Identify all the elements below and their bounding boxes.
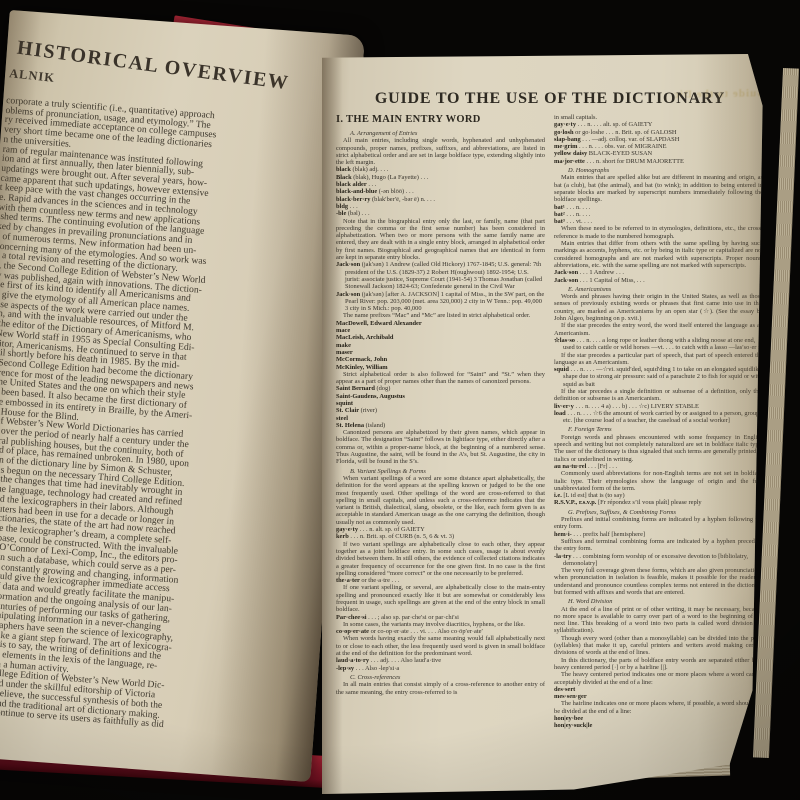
paragraph: The hairline indicates one or more place… — [554, 700, 763, 715]
dictionary-entry-line: Jack·son . . . 1 Andrew . . . — [554, 269, 763, 276]
paragraph: Commonly used abbreviations for non-Engl… — [554, 470, 763, 492]
paragraph: Note that in the biographical entry only… — [336, 218, 545, 262]
dictionary-entry-line: the·a·ter or the·a·tre . . . — [336, 577, 545, 584]
dictionary-entry-line: St. Helena (island) — [336, 422, 545, 429]
dictionary-entry-line: go·losh or go·loshe . . . n. Brit. sp. o… — [554, 129, 763, 136]
subsection-heading: D. Homographs — [554, 167, 763, 174]
right-page-content: GUIDE TO THE USE OF THE DICTIONARY I. TH… — [336, 62, 764, 756]
dictionary-entry-line: make — [336, 342, 545, 349]
paragraph: Main entries that are spelled alike but … — [554, 174, 763, 203]
dictionary-entry-line: bldg . . . — [336, 203, 545, 210]
dictionary-entry-line: des·sert — [554, 686, 763, 693]
paragraph: Foreign words and phrases encountered wi… — [554, 434, 763, 463]
paragraph: In this dictionary, the parts of boldfac… — [554, 657, 763, 672]
paragraph: Canonized persons are alphabetized by th… — [336, 429, 545, 465]
paragraph: When variant spellings of a word are som… — [336, 475, 545, 526]
dictionary-entry-line: slap-bang . . . —adj. colloq. var. of SL… — [554, 136, 763, 143]
dictionary-entry-line: black·ber·ry (blak′ber′ē, -bər ē) n. . .… — [336, 196, 545, 203]
paragraph: Strict alphabetical order is also follow… — [336, 371, 545, 386]
paragraph: All main entries, including single words… — [336, 137, 545, 166]
paragraph: In some cases, the variants may involve … — [336, 621, 545, 628]
dictionary-entry-line: black alder . . . — [336, 181, 545, 188]
dictionary-entry-line: hem·i- . . . prefix half [hemisphere] — [554, 531, 763, 538]
dictionary-entry-line: squint — [336, 400, 545, 407]
dictionary-entry-line: squid . . . n. . . . —☆vi. squid′ded, sq… — [554, 366, 763, 388]
subsection-heading: B. Variant Spellings & Forms — [336, 468, 545, 475]
paragraph: In all main entries that consist simply … — [336, 681, 545, 696]
dictionary-entry-line: kerb . . . n. Brit. sp. of CURB (n. 5, 6… — [336, 533, 545, 540]
paragraph: If two variant spellings are alphabetica… — [336, 541, 545, 577]
section-heading: I. THE MAIN ENTRY WORD — [336, 114, 545, 126]
dictionary-entry-line: -lep·sy . . . Also -lep′si·a — [336, 665, 545, 672]
paragraph: Suffixes and terminal combining forms ar… — [554, 538, 763, 553]
dictionary-entry-line: maser — [336, 349, 545, 356]
text-column-right: in small capitals.gay·e·ty . . . n. . . … — [554, 114, 763, 756]
dictionary-entry-line: MacDowell, Edward Alexander — [336, 320, 545, 327]
dictionary-entry-line: Saint-Gaudens, Augustus — [336, 393, 545, 400]
dictionary-entry-line: steel — [336, 415, 545, 422]
subsection-heading: A. Arrangement of Entries — [336, 130, 545, 137]
dictionary-entry-line: mace — [336, 327, 545, 334]
dictionary-entry-line: au na·tu·rel . . . [Fr] . . . — [554, 463, 763, 470]
paragraph: The very full coverage given these forms… — [554, 567, 763, 596]
dictionary-entry-line: gay·e·ty . . . n. alt. sp. of GAIETY — [336, 526, 545, 533]
text-columns: I. THE MAIN ENTRY WORDA. Arrangement of … — [336, 114, 764, 756]
subsection-heading: H. Word Division — [554, 598, 763, 605]
dictionary-entry-line: mes·sen·ger — [554, 693, 763, 700]
dictionary-entry-line: co·op·er·ate or co-op·er·ate . . . vi. .… — [336, 628, 545, 635]
dictionary-entry-line: bat¹ . . . n. . . . — [554, 204, 763, 211]
dictionary-entry-line: ☆las·so . . . n. . . . a long rope or le… — [554, 337, 763, 352]
dictionary-entry-line: Saint Bernard (dog) — [336, 385, 545, 392]
paragraph: At the end of a line of print or of othe… — [554, 606, 763, 635]
dictionary-entry-line: black (blak) adj. . . . — [336, 166, 545, 173]
dictionary-entry-line: load . . . n. . . . ☆6 the amount of wor… — [554, 410, 763, 425]
dictionary-entry-line: yellow daisy BLACK-EYED SUSAN — [554, 150, 763, 157]
paragraph: Prefixes and initial combining forms are… — [554, 516, 763, 531]
paragraph: in small capitals. — [554, 114, 763, 121]
dictionary-entry-line: hon|ey·suck|le — [554, 722, 763, 729]
text-column-left: I. THE MAIN ENTRY WORDA. Arrangement of … — [336, 114, 545, 756]
subsection-heading: C. Cross-references — [336, 674, 545, 681]
dictionary-entry-line: Jack·son (jak′sən) [after A. JACKSON] 1 … — [336, 291, 545, 313]
right-page: Guide to the Dic GUIDE TO THE USE OF THE… — [322, 54, 780, 794]
dictionary-entry-line: hon|ey·bee — [554, 715, 763, 722]
dictionary-entry-line: me·grim . . . n. . . . obs. var. of MIGR… — [554, 143, 763, 150]
dictionary-entry-line: bat² . . . n. . . . — [554, 211, 763, 218]
left-page: HISTORICAL OVERVIEW ALNIK corporate a tr… — [0, 10, 365, 782]
dictionary-entry-line: MacLeish, Archibald — [336, 334, 545, 341]
paragraph: When words having exactly the same meani… — [336, 635, 545, 657]
dictionary-entry-line: liv·er·y . . . n. . . . 4 a) . . . b) . … — [554, 403, 763, 410]
paragraph: If the star precedes the entry word, the… — [554, 322, 763, 337]
paragraph: The heavy centered period indicates one … — [554, 671, 763, 686]
dictionary-entry-line: McCormack, John — [336, 356, 545, 363]
dictionary-entry-line: Jack·son . . . 1 Capital of Miss, . . . — [554, 277, 763, 284]
dictionary-entry-line: ma·jor·ette . . . n. short for DRUM MAJO… — [554, 158, 763, 165]
paragraph: If the star precedes a particular part o… — [554, 352, 763, 367]
dictionary-entry-line: St. Clair (river) — [336, 407, 545, 414]
paragraph: Words and phrases having their origin in… — [554, 293, 763, 322]
dictionary-entry-line: black-and-blue (-ən blōō) . . . — [336, 188, 545, 195]
left-page-lines: corporate a truly scientific (i.e., quan… — [0, 96, 359, 751]
paragraph: Though every word (other than a monosyll… — [554, 635, 763, 657]
dictionary-entry-line: bat³ . . . vt. . . . — [554, 218, 763, 225]
book-photo: HISTORICAL OVERVIEW ALNIK corporate a tr… — [0, 0, 800, 800]
dictionary-entry-line: gay·e·ty . . . n. . . . alt. sp. of GAIE… — [554, 121, 763, 128]
dictionary-entry-line: R.S.V.P., r.s.v.p. [Fr répondez s’il vou… — [554, 499, 763, 506]
page-title: GUIDE TO THE USE OF THE DICTIONARY — [336, 90, 764, 108]
dictionary-entry-line: Par·chee·si . . . ; also sp. par·che′si … — [336, 614, 545, 621]
paragraph: If one variant spelling, or several, are… — [336, 584, 545, 613]
dictionary-entry-line: -ble (bəl) . . . — [336, 210, 545, 217]
paragraph: When these need to be referred to in ety… — [554, 225, 763, 240]
subsection-heading: E. Americanisms — [554, 286, 763, 293]
dictionary-entry-line: Black (blak), Hugo (La Fayette) . . . — [336, 174, 545, 181]
subsection-heading: F. Foreign Terms — [554, 426, 763, 433]
dictionary-entry-line: laud·a·to·ry . . . adj. . . . Also laud′… — [336, 657, 545, 664]
paragraph: Main entries that differ from others wit… — [554, 240, 763, 269]
dictionary-entry-line: i.e. [L id est] that is (to say) — [554, 492, 763, 499]
dictionary-entry-line: Jack·son (jak′sən) 1 Andrew (called Old … — [336, 261, 545, 290]
dictionary-entry-line: -la·try . . . combining form worship of … — [554, 553, 763, 568]
paragraph: If the star precedes a single definition… — [554, 388, 763, 403]
dictionary-entry-line: McKinley, William — [336, 364, 545, 371]
paragraph: The name prefixes “Mac” and “Mc” are lis… — [336, 312, 545, 319]
subsection-heading: G. Prefixes, Suffixes, & Combining Forms — [554, 509, 763, 516]
